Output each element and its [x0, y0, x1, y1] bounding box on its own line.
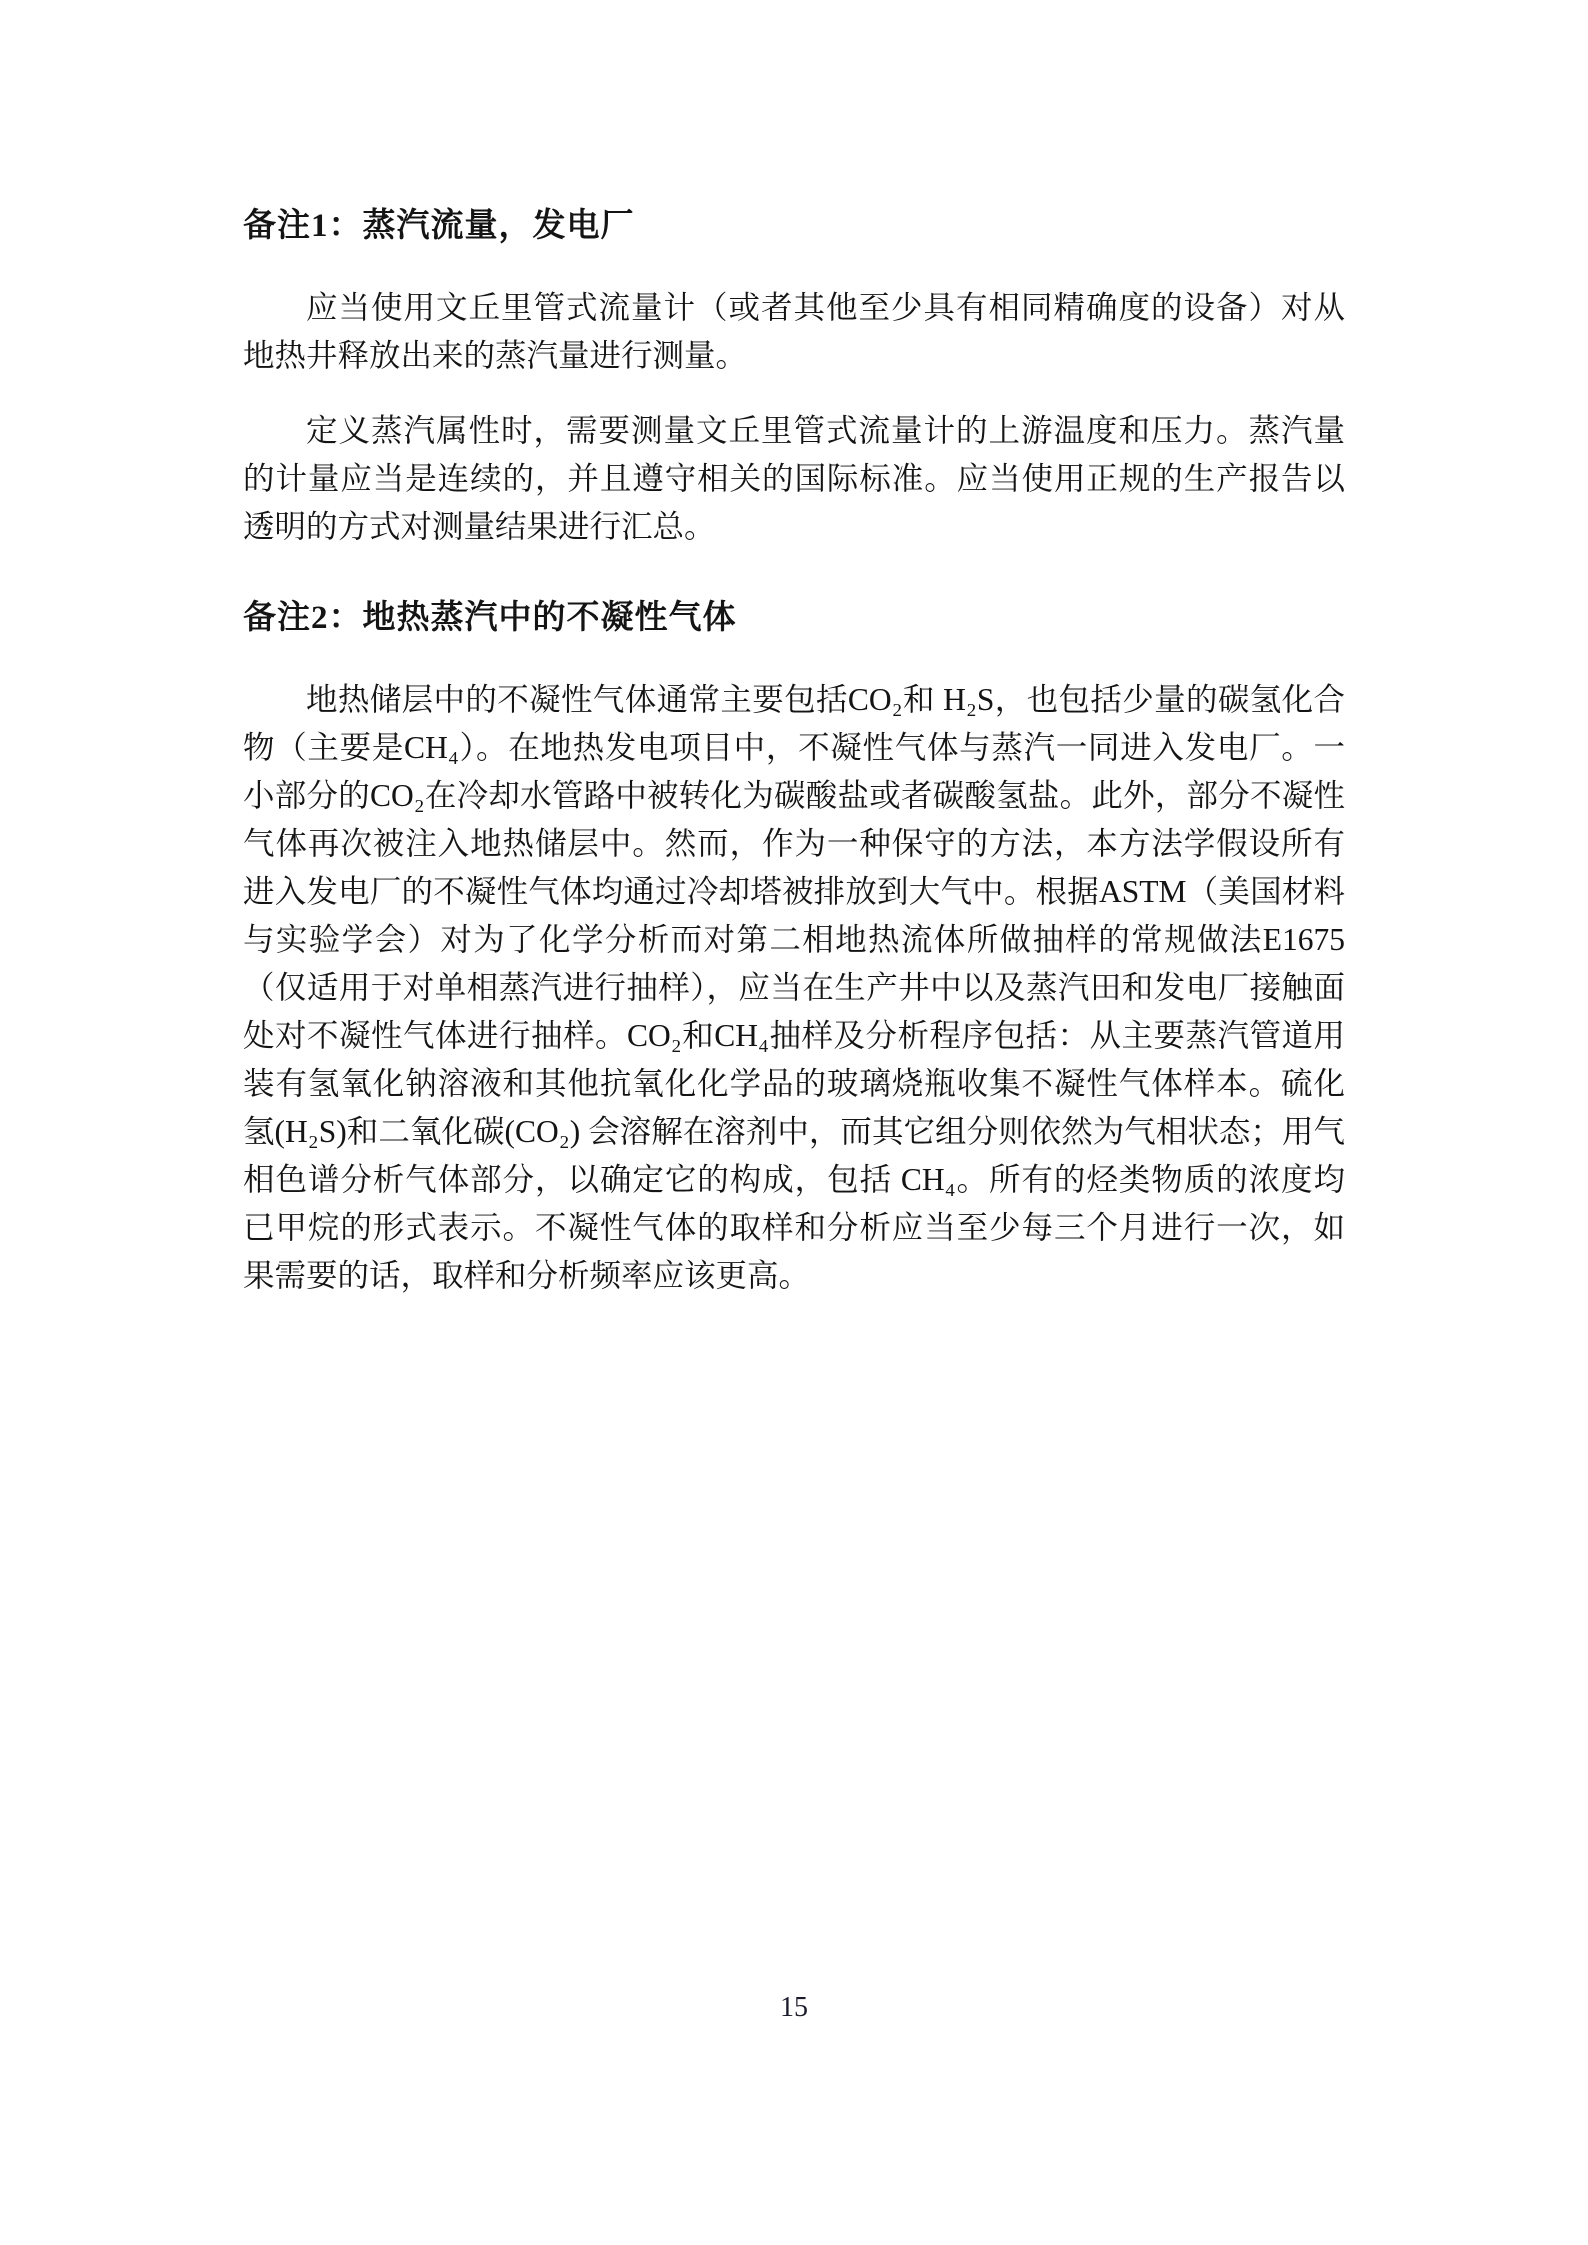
note-1-heading: 备注1：蒸汽流量，发电厂 [243, 204, 1345, 248]
note-2-heading: 备注2：地热蒸汽中的不凝性气体 [243, 596, 1345, 640]
page-content: 备注1：蒸汽流量，发电厂 应当使用文丘里管式流量计（或者其他至少具有相同精确度的… [243, 204, 1345, 1327]
page-number: 15 [0, 1990, 1588, 2026]
note-2-paragraph-1: 地热储层中的不凝性气体通常主要包括CO₂和 H₂S，也包括少量的碳氢化合物（主要… [243, 676, 1345, 1300]
note-1-paragraph-1: 应当使用文丘里管式流量计（或者其他至少具有相同精确度的设备）对从地热井释放出来的… [243, 284, 1345, 380]
note-section-2: 备注2：地热蒸汽中的不凝性气体 地热储层中的不凝性气体通常主要包括CO₂和 H₂… [243, 596, 1345, 1300]
document-page: 备注1：蒸汽流量，发电厂 应当使用文丘里管式流量计（或者其他至少具有相同精确度的… [0, 0, 1588, 2245]
note-section-1: 备注1：蒸汽流量，发电厂 应当使用文丘里管式流量计（或者其他至少具有相同精确度的… [243, 204, 1345, 551]
note-1-paragraph-2: 定义蒸汽属性时，需要测量文丘里管式流量计的上游温度和压力。蒸汽量的计量应当是连续… [243, 407, 1345, 551]
